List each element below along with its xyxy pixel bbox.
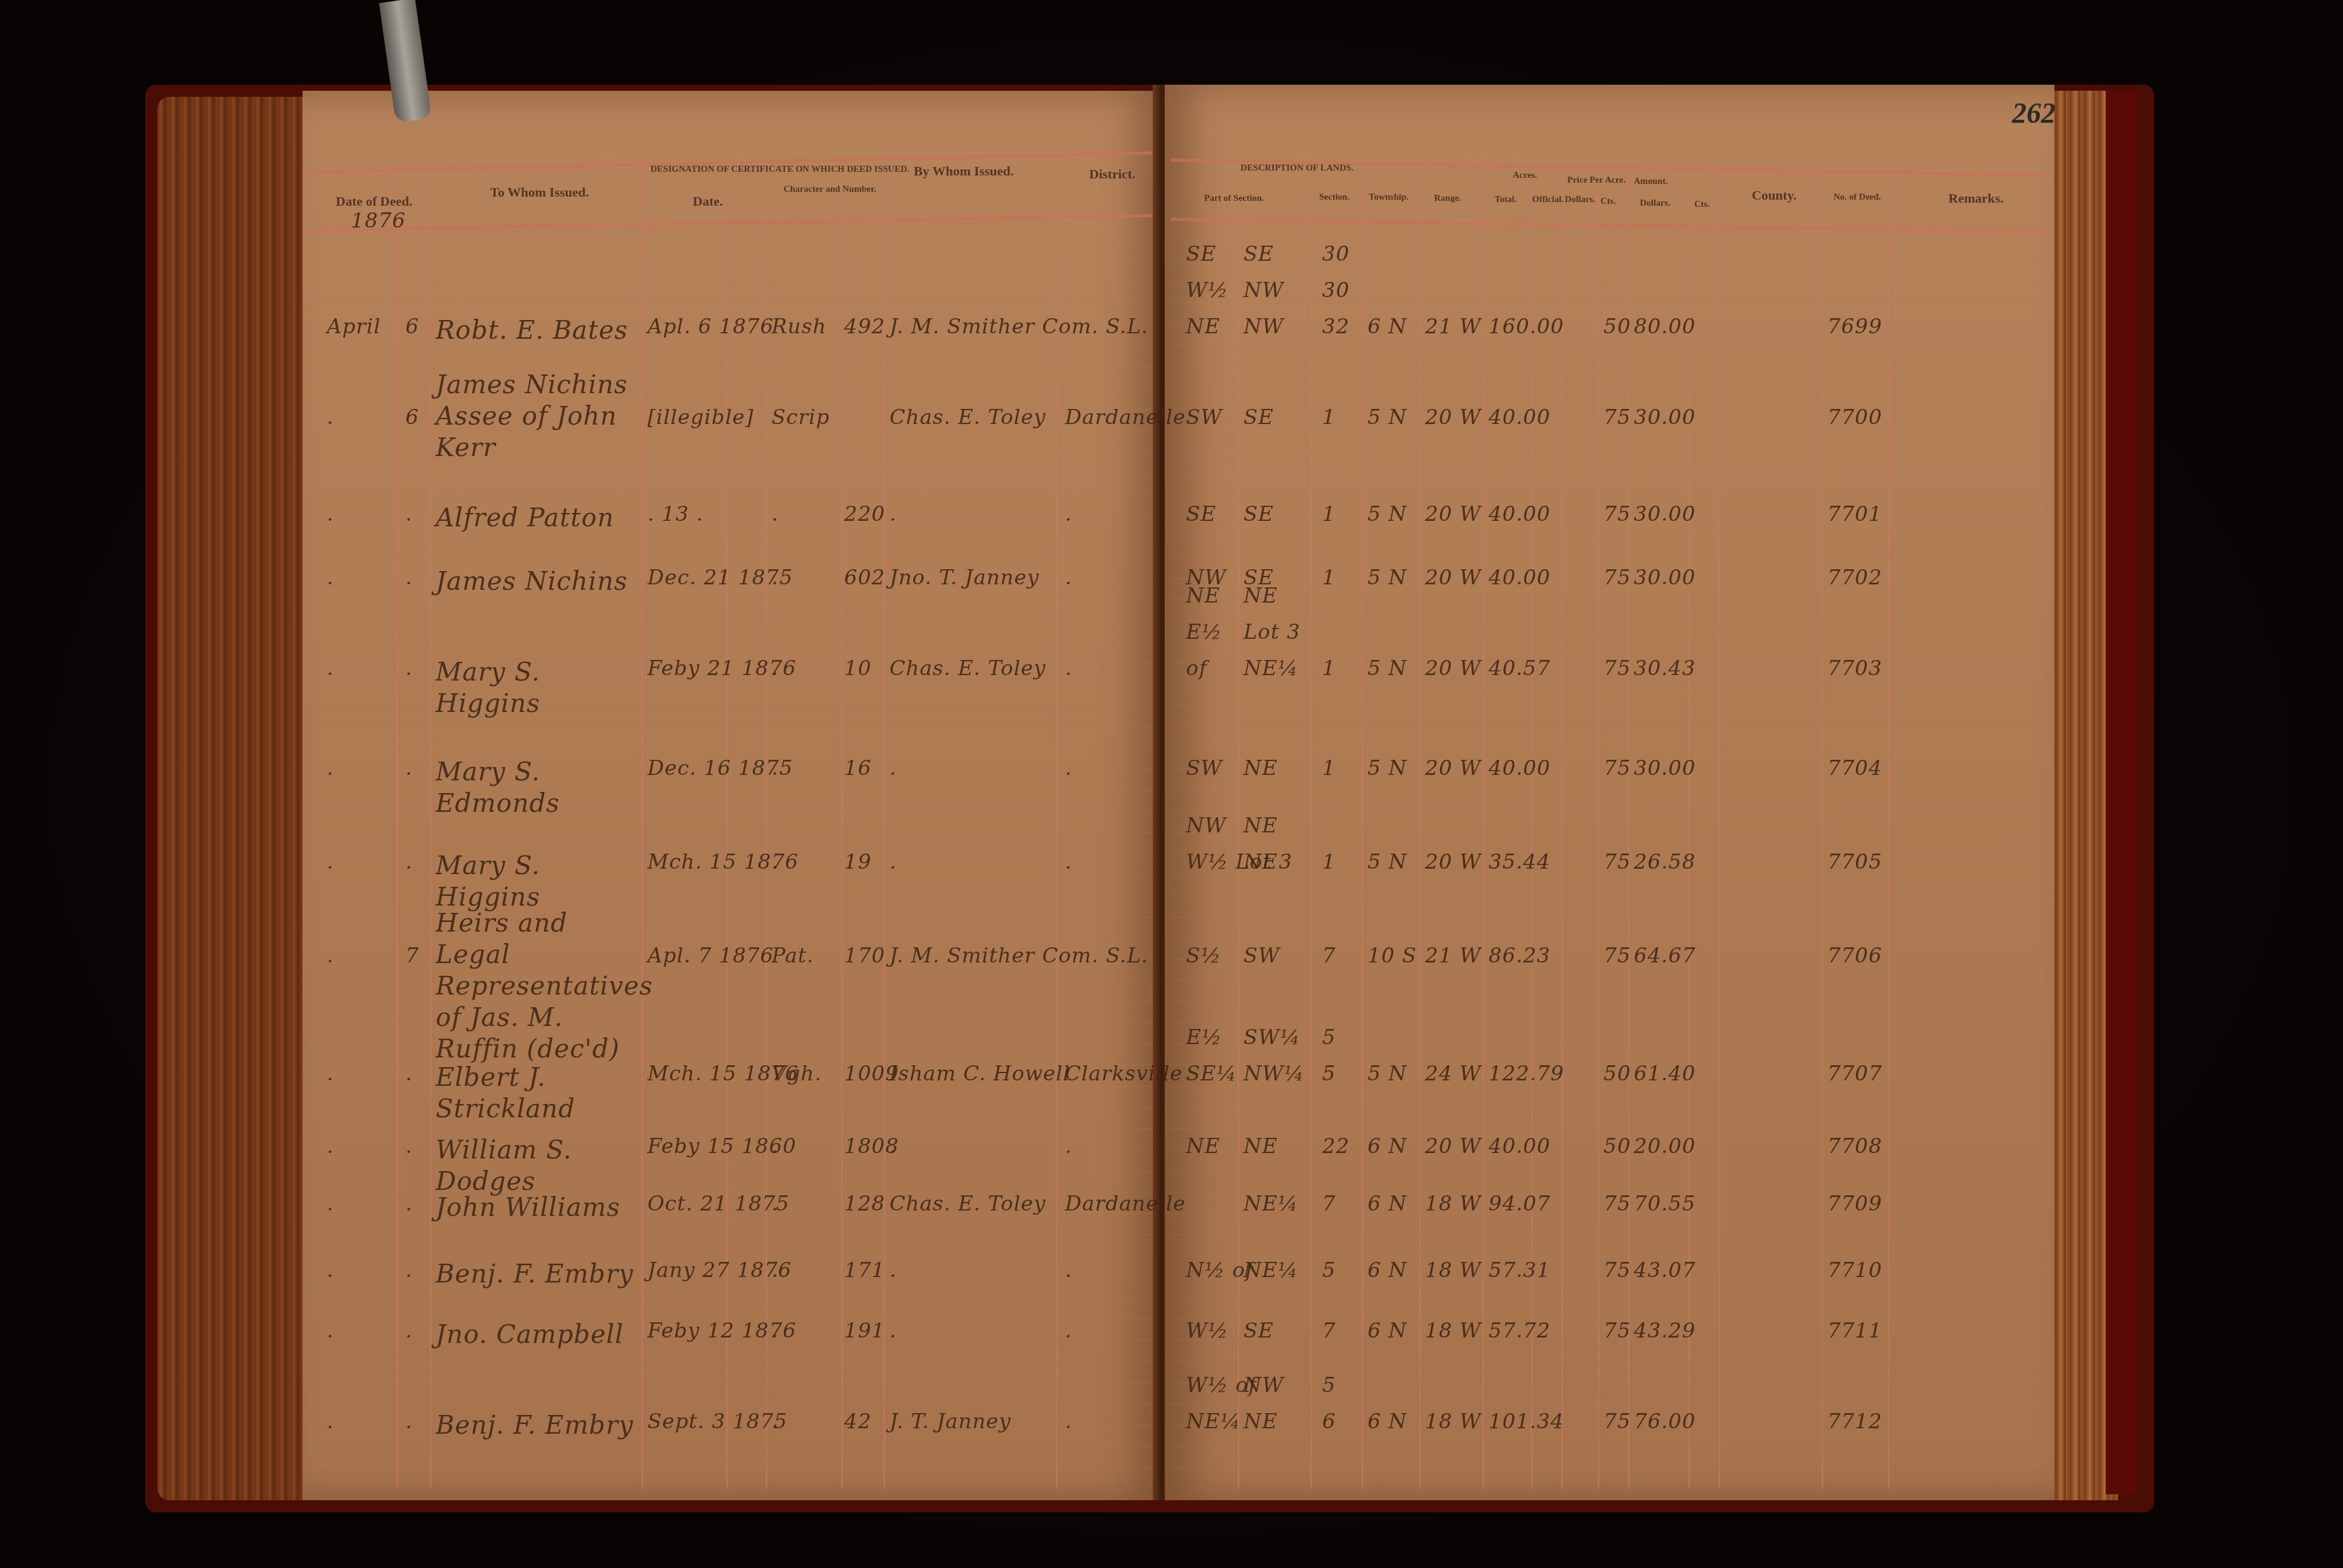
- ruled-line: [1171, 620, 2045, 621]
- entry-day: .: [405, 1192, 413, 1216]
- land-price: 75: [1604, 1410, 1631, 1434]
- land-price: 75: [1604, 405, 1631, 430]
- land-section-no: 5: [1322, 1373, 1336, 1397]
- land-amount: 30.43: [1634, 656, 1696, 681]
- header-price-dollars: Dollars.: [1565, 195, 1595, 205]
- ruled-line: [1171, 430, 2045, 431]
- land-part: E½: [1186, 1025, 1222, 1050]
- entry-cert-char: .: [772, 1134, 779, 1158]
- page-number: 262: [2012, 97, 2056, 130]
- ruled-line: [1171, 1171, 2045, 1172]
- entry-month: April: [327, 315, 381, 339]
- land-section-no: 1: [1322, 405, 1336, 430]
- col-rule: [1561, 163, 1563, 1488]
- header-range: Range.: [1434, 194, 1461, 204]
- ruled-line: [1171, 599, 2045, 600]
- entry-cert-date: Oct. 21 1875: [647, 1192, 790, 1216]
- land-township: 5 N: [1368, 1062, 1407, 1086]
- entry-name: Alfred Patton: [436, 502, 641, 534]
- land-part: SW: [1186, 405, 1222, 430]
- land-range: 20 W: [1425, 405, 1481, 430]
- land-sec: NE¼: [1244, 656, 1299, 681]
- entry-deed-no: 7709: [1827, 1192, 1883, 1216]
- entry-day: .: [405, 1134, 413, 1158]
- ruled-line: [1171, 1361, 2045, 1362]
- col-rule: [1362, 181, 1363, 1488]
- land-township: 6 N: [1368, 1192, 1407, 1216]
- land-amount: 64.67: [1634, 944, 1696, 968]
- ruled-line: [1171, 387, 2045, 388]
- land-range: 21 W: [1425, 315, 1481, 339]
- land-price: 75: [1604, 566, 1631, 590]
- land-acres: 57.31: [1489, 1258, 1550, 1282]
- ruled-line: [1171, 451, 2045, 452]
- header-amount-dollars: Dollars.: [1640, 198, 1670, 209]
- land-amount: 30.00: [1634, 756, 1696, 780]
- header-price-cents: Cts.: [1601, 197, 1616, 207]
- land-sec: SE: [1244, 1319, 1274, 1343]
- land-range: 20 W: [1425, 656, 1481, 681]
- entry-month: .: [327, 1410, 334, 1434]
- header-no-of-deed: No. of Deed.: [1833, 192, 1881, 203]
- land-sec: NE¼: [1244, 1192, 1299, 1216]
- land-sec: NE¼: [1244, 1258, 1299, 1282]
- entry-cert-char: .: [772, 566, 779, 590]
- land-amount: 43.07: [1634, 1258, 1696, 1282]
- entry-cert-char: .: [772, 1192, 779, 1216]
- header-by-whom-issued: By Whom Issued.: [914, 163, 1014, 179]
- land-part: SE¼: [1186, 1062, 1237, 1086]
- entry-by-whom: Chas. E. Toley: [890, 656, 1046, 681]
- land-price: 75: [1604, 1319, 1631, 1343]
- ruled-line: [1171, 1128, 2045, 1129]
- header-date: Date.: [693, 194, 723, 209]
- entry-cert-char: Vgh.: [772, 1062, 822, 1086]
- entry-district: .: [1065, 850, 1072, 874]
- land-township: 5 N: [1368, 405, 1407, 430]
- entry-month: .: [327, 1258, 334, 1282]
- col-rule: [1483, 163, 1484, 1488]
- entry-deed-no: 7705: [1827, 850, 1883, 874]
- entry-name: John Williams: [436, 1192, 641, 1223]
- entry-month: .: [327, 944, 334, 968]
- entry-month: .: [327, 1319, 334, 1343]
- entry-cert-no: 220: [844, 502, 885, 526]
- ruled-line: [1171, 811, 2045, 812]
- land-sec: SW: [1244, 944, 1280, 968]
- ruled-line: [1171, 789, 2045, 791]
- col-rule: [1597, 181, 1599, 1488]
- entry-cert-no: 19: [844, 850, 871, 874]
- entry-month: .: [327, 656, 334, 681]
- ruled-line: [1171, 832, 2045, 833]
- entry-month: .: [327, 502, 334, 526]
- entry-deed-no: 7708: [1827, 1134, 1883, 1158]
- land-part: SE: [1186, 502, 1216, 526]
- entry-cert-no: 171: [844, 1258, 885, 1282]
- entry-month: .: [327, 566, 334, 590]
- land-price: 75: [1604, 656, 1631, 681]
- land-price: 50: [1604, 315, 1631, 339]
- entry-district: .: [1065, 502, 1072, 526]
- land-part: W½: [1186, 278, 1228, 302]
- land-acres: 160.00: [1489, 315, 1564, 339]
- ruled-line: [309, 472, 1153, 473]
- ruled-line: [309, 832, 1153, 833]
- col-rule: [765, 200, 767, 1488]
- land-township: 5 N: [1368, 502, 1407, 526]
- land-sec: NW: [1244, 1373, 1284, 1397]
- land-part: of: [1186, 656, 1207, 681]
- col-rule: [1310, 181, 1312, 1488]
- land-amount: 20.00: [1634, 1134, 1696, 1158]
- land-township: 5 N: [1368, 756, 1407, 780]
- ruled-line: [309, 366, 1153, 367]
- entry-cert-no: 16: [844, 756, 871, 780]
- ruled-line: [1171, 557, 2045, 558]
- land-township: 5 N: [1368, 850, 1407, 874]
- col-rule: [1237, 181, 1239, 1488]
- land-range: 20 W: [1425, 566, 1481, 590]
- land-township: 6 N: [1368, 1134, 1407, 1158]
- entry-day: .: [405, 566, 413, 590]
- ruled-line: [1171, 302, 2045, 304]
- ruled-line: [309, 302, 1153, 304]
- land-price: 75: [1604, 944, 1631, 968]
- ruled-line: [1171, 472, 2045, 473]
- entry-cert-no: 191: [844, 1319, 885, 1343]
- land-acres: 40.00: [1489, 566, 1550, 590]
- ruled-line: [309, 747, 1153, 748]
- ruled-line: [1171, 938, 2045, 939]
- land-part: NE: [1186, 1134, 1221, 1158]
- land-township: 10 S: [1368, 944, 1417, 968]
- col-rule: [1531, 181, 1533, 1488]
- land-acres: 122.79: [1489, 1062, 1564, 1086]
- ruled-line: [1171, 747, 2045, 748]
- ruled-line: [309, 641, 1153, 642]
- entry-deed-no: 7701: [1827, 502, 1883, 526]
- entry-deed-no: 7707: [1827, 1062, 1883, 1086]
- ruled-line: [1171, 1255, 2045, 1256]
- col-rule: [1688, 181, 1690, 1488]
- entry-cert-no: 170: [844, 944, 885, 968]
- header-amount-group: Amount.: [1634, 177, 1668, 187]
- land-range: 21 W: [1425, 944, 1481, 968]
- entry-month: .: [327, 1062, 334, 1086]
- entry-day: .: [405, 756, 413, 780]
- ruled-line: [309, 599, 1153, 600]
- land-amount: 43.29: [1634, 1319, 1696, 1343]
- land-section-no: 22: [1322, 1134, 1349, 1158]
- land-sec: NE: [1244, 756, 1278, 780]
- entry-district: .: [1065, 566, 1072, 590]
- ruled-line: [1171, 1298, 2045, 1299]
- ruled-line: [309, 1128, 1153, 1129]
- land-township: 5 N: [1368, 566, 1407, 590]
- ruled-line: [309, 260, 1153, 261]
- right-page: [1165, 85, 2054, 1500]
- land-acres: 40.57: [1489, 656, 1550, 681]
- entry-name: Jno. Campbell: [436, 1319, 641, 1350]
- ruled-line: [309, 1382, 1153, 1383]
- entry-by-whom: .: [890, 850, 897, 874]
- ruled-line: [1171, 641, 2045, 642]
- ruled-line: [1171, 1022, 2045, 1024]
- land-amount: 70.55: [1634, 1192, 1696, 1216]
- entry-cert-no: 42: [844, 1410, 871, 1434]
- ruled-line: [309, 1403, 1153, 1405]
- entry-by-whom: Isham C. Howell: [890, 1062, 1070, 1086]
- entry-deed-no: 7712: [1827, 1410, 1883, 1434]
- land-sec: SE: [1244, 405, 1274, 430]
- entry-by-whom: .: [890, 502, 897, 526]
- entry-district: Clarksville: [1065, 1062, 1182, 1086]
- ruled-line: [1171, 1044, 2045, 1045]
- entry-cert-no: 492: [844, 315, 885, 339]
- entry-name: Robt. E. Bates: [436, 315, 641, 346]
- land-amount: 61.40: [1634, 1062, 1696, 1086]
- entry-district: .: [1065, 1410, 1072, 1434]
- ruled-line: [1171, 493, 2045, 494]
- land-acres: 94.07: [1489, 1192, 1550, 1216]
- ruled-line: [1171, 281, 2045, 283]
- land-price: 75: [1604, 1258, 1631, 1282]
- land-acres: 40.00: [1489, 405, 1550, 430]
- entry-by-whom: .: [890, 1319, 897, 1343]
- entry-month: .: [327, 1192, 334, 1216]
- col-rule: [1821, 163, 1823, 1488]
- entry-name: Mary S. Edmonds: [436, 756, 641, 819]
- entry-cert-date: Sept. 3 1875: [647, 1410, 787, 1434]
- ruled-line: [1171, 684, 2045, 685]
- entry-deed-no: 7704: [1827, 756, 1883, 780]
- entry-by-whom: .: [890, 756, 897, 780]
- land-acres: 40.00: [1489, 1134, 1550, 1158]
- entry-by-whom: J. M. Smither Com. S.L.: [890, 315, 1149, 339]
- land-amount: 30.00: [1634, 502, 1696, 526]
- ruled-line: [1171, 1001, 2045, 1002]
- land-section-no: 1: [1322, 850, 1336, 874]
- land-range: 18 W: [1425, 1319, 1481, 1343]
- entry-cert-char: Pat.: [772, 944, 814, 968]
- land-sec: SE: [1244, 242, 1274, 266]
- entry-day: .: [405, 1410, 413, 1434]
- land-township: 6 N: [1368, 315, 1407, 339]
- ruled-line: [1171, 980, 2045, 981]
- land-section-no: 1: [1322, 566, 1336, 590]
- entry-cert-char: Scrip: [772, 405, 830, 430]
- land-part: NE: [1186, 315, 1221, 339]
- land-section-no: 7: [1322, 1192, 1336, 1216]
- col-rule: [1419, 181, 1421, 1488]
- entry-district: .: [1065, 1319, 1072, 1343]
- land-part: S½: [1186, 944, 1221, 968]
- header-acres-official: Official.: [1532, 195, 1564, 205]
- entry-by-whom: J. T. Janney: [890, 1410, 1011, 1434]
- land-amount: 80.00: [1634, 315, 1696, 339]
- entry-cert-char: .: [772, 850, 779, 874]
- ruled-line: [309, 535, 1153, 537]
- entry-cert-date: Jany 27 1876: [647, 1258, 791, 1282]
- header-acres-total: Total.: [1495, 195, 1517, 205]
- land-amount: 26.58: [1634, 850, 1696, 874]
- ruled-line: [309, 1234, 1153, 1235]
- ruled-line: [1171, 895, 2045, 897]
- header-to-whom-issued: To Whom Issued.: [490, 185, 589, 200]
- entry-by-whom: .: [890, 1258, 897, 1282]
- land-part: NE: [1186, 584, 1221, 608]
- land-range: 18 W: [1425, 1410, 1481, 1434]
- land-part: W½: [1186, 1319, 1228, 1343]
- header-acres-group: Acres.: [1513, 171, 1537, 181]
- land-range: 20 W: [1425, 850, 1481, 874]
- ruled-line: [309, 726, 1153, 727]
- ruled-line: [309, 557, 1153, 558]
- entry-cert-char: .: [772, 1319, 779, 1343]
- ruled-line: [1171, 1403, 2045, 1405]
- ruled-line: [1171, 1234, 2045, 1235]
- header-description-group: DESCRIPTION OF LANDS.: [1240, 163, 1354, 174]
- header-township: Township.: [1369, 192, 1409, 203]
- entry-deed-no: 7711: [1827, 1319, 1883, 1343]
- land-acres: 40.00: [1489, 502, 1550, 526]
- ruled-line: [1171, 874, 2045, 875]
- land-section-no: 30: [1322, 242, 1349, 266]
- land-township: 5 N: [1368, 656, 1407, 681]
- ruled-line: [1171, 705, 2045, 706]
- land-section-no: 1: [1322, 656, 1336, 681]
- entry-by-whom: Chas. E. Toley: [890, 1192, 1046, 1216]
- ruled-line: [1171, 260, 2045, 261]
- entry-month: .: [327, 1134, 334, 1158]
- entry-day: .: [405, 1319, 413, 1343]
- land-sec: NW: [1244, 278, 1284, 302]
- entry-district: .: [1065, 656, 1072, 681]
- land-price: 50: [1604, 1134, 1631, 1158]
- land-part: SW: [1186, 756, 1222, 780]
- entry-deed-no: 7702: [1827, 566, 1883, 590]
- land-acres: 86.23: [1489, 944, 1550, 968]
- entry-deed-no: 7700: [1827, 405, 1883, 430]
- ruled-line: [309, 1255, 1153, 1256]
- ruled-line: [309, 493, 1153, 494]
- land-section-no: 32: [1322, 315, 1349, 339]
- land-sec: NE: [1244, 584, 1278, 608]
- entry-cert-char: .: [772, 656, 779, 681]
- ruled-line: [1171, 366, 2045, 367]
- entry-day: 6: [405, 315, 419, 339]
- land-sec: Lot 3: [1244, 620, 1300, 644]
- header-part-of-section: Part of Section.: [1204, 194, 1264, 204]
- entry-day: .: [405, 850, 413, 874]
- header-designation-group: DESIGNATION OF CERTIFICATE ON WHICH DEED…: [650, 165, 909, 175]
- entry-by-whom: .: [890, 1134, 897, 1158]
- entry-deed-no: 7706: [1827, 944, 1883, 968]
- land-range: 24 W: [1425, 1062, 1481, 1086]
- land-sec: NW¼: [1244, 1062, 1305, 1086]
- land-price: 75: [1604, 756, 1631, 780]
- entry-name: James Nichins: [436, 566, 641, 597]
- entry-cert-char: .: [772, 1258, 779, 1282]
- entry-name: Heirs and Legal Representatives of Jas. …: [436, 907, 641, 1065]
- col-rule: [1888, 163, 1890, 1488]
- land-township: 6 N: [1368, 1319, 1407, 1343]
- ruled-line: [309, 1446, 1153, 1447]
- entry-by-whom: J. M. Smither Com. S.L.: [890, 944, 1149, 968]
- entry-day: 7: [405, 944, 419, 968]
- ruled-line: [309, 1298, 1153, 1299]
- entry-name: Mary S. Higgins: [436, 656, 641, 719]
- header-remarks: Remarks.: [1948, 191, 2004, 206]
- entry-name: James Nichins Assee of John Kerr: [436, 369, 641, 463]
- entry-cert-no: 128: [844, 1192, 885, 1216]
- entry-name: Elbert J. Strickland: [436, 1062, 641, 1125]
- header-district: District.: [1089, 166, 1135, 182]
- land-acres: 57.72: [1489, 1319, 1550, 1343]
- ruled-line: [1171, 1086, 2045, 1087]
- land-sec: NE: [1244, 1134, 1278, 1158]
- entry-by-whom: Jno. T. Janney: [890, 566, 1039, 590]
- land-section-no: 7: [1322, 944, 1336, 968]
- land-acres: 101.34: [1489, 1410, 1564, 1434]
- land-section-no: 6: [1322, 1410, 1336, 1434]
- ruled-line: [1171, 916, 2045, 918]
- entry-district: .: [1065, 1258, 1072, 1282]
- entry-district: Dardanelle: [1065, 405, 1186, 430]
- ruled-line: [309, 281, 1153, 283]
- land-price: 50: [1604, 1062, 1631, 1086]
- col-rule: [726, 200, 728, 1488]
- entry-district: .: [1065, 756, 1072, 780]
- year-label: 1876: [351, 209, 406, 233]
- land-range: 18 W: [1425, 1192, 1481, 1216]
- col-rule: [883, 157, 885, 1488]
- entry-day: 6: [405, 405, 419, 430]
- ruled-line: [1171, 535, 2045, 537]
- entry-name: Mary S. Higgins: [436, 850, 641, 913]
- land-price: 75: [1604, 502, 1631, 526]
- land-price: 75: [1604, 1192, 1631, 1216]
- land-section-no: 1: [1322, 756, 1336, 780]
- entry-cert-no: 602: [844, 566, 885, 590]
- land-part: NE¼: [1186, 1410, 1241, 1434]
- land-amount: 30.00: [1634, 566, 1696, 590]
- land-section-no: 5: [1322, 1025, 1336, 1050]
- entry-day: .: [405, 656, 413, 681]
- land-township: 6 N: [1368, 1410, 1407, 1434]
- entry-district: Dardanelle: [1065, 1192, 1186, 1216]
- entry-deed-no: 7710: [1827, 1258, 1883, 1282]
- land-range: 20 W: [1425, 1134, 1481, 1158]
- col-rule: [430, 181, 431, 1488]
- page-block-left: [157, 97, 309, 1500]
- ruled-line: [1171, 726, 2045, 727]
- col-rule: [1628, 163, 1630, 1488]
- land-section-no: 7: [1322, 1319, 1336, 1343]
- col-rule: [1056, 157, 1058, 1488]
- land-part: NW: [1186, 814, 1227, 838]
- entry-cert-no: 10: [844, 656, 871, 681]
- ruled-line: [1171, 1467, 2045, 1468]
- entry-name: Benj. F. Embry: [436, 1410, 641, 1441]
- land-section-no: 5: [1322, 1258, 1336, 1282]
- ruled-line: [1171, 1446, 2045, 1447]
- land-amount: 76.00: [1634, 1410, 1696, 1434]
- land-amount: 30.00: [1634, 405, 1696, 430]
- entry-cert-date: . 13 .: [647, 502, 704, 526]
- entry-name: William S. Dodges: [436, 1134, 641, 1197]
